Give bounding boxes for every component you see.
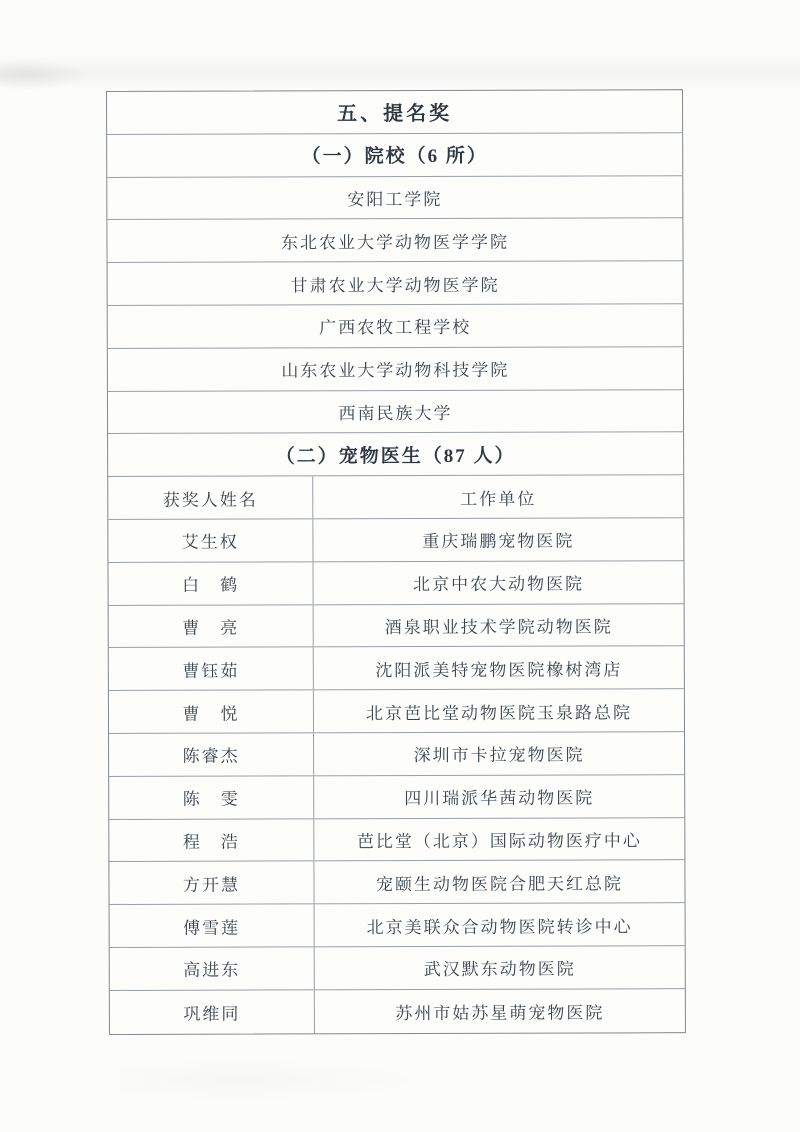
winner-name-cell: 陈 雯 (109, 776, 314, 818)
page-title: 五、提名奖 (107, 90, 682, 135)
table-row: 程 浩 芭比堂（北京）国际动物医疗中心 (109, 818, 684, 863)
table-row: 白 鹤 北京中农大动物医院 (108, 561, 683, 606)
work-unit-cell: 深圳市卡拉宠物医院 (314, 732, 684, 775)
table-row: 方开慧 宠颐生动物医院合肥天红总院 (109, 861, 684, 906)
work-unit-cell: 北京中农大动物医院 (313, 561, 683, 604)
work-unit-cell: 四川瑞派华茜动物医院 (314, 775, 684, 818)
institution-row: 山东农业大学动物科技学院 (108, 347, 683, 392)
winner-name-cell: 艾生权 (108, 519, 313, 561)
table-row: 陈睿杰 深圳市卡拉宠物医院 (109, 732, 684, 777)
award-table: 五、提名奖 （一）院校（6 所） 安阳工学院 东北农业大学动物医学学院 甘肃农业… (106, 89, 686, 1034)
table-row: 傅雪莲 北京美联众合动物医院转诊中心 (110, 903, 685, 948)
scan-artifact-smudge (0, 60, 90, 90)
table-row: 曹 亮 酒泉职业技术学院动物医院 (109, 604, 684, 649)
scan-artifact-smudge (120, 1060, 420, 1100)
work-unit-cell: 武汉默东动物医院 (315, 946, 685, 989)
institution-row: 西南民族大学 (108, 390, 683, 435)
winner-name-cell: 傅雪莲 (110, 904, 315, 946)
scan-artifact-band (0, 54, 800, 90)
table-row: 陈 雯 四川瑞派华茜动物医院 (109, 775, 684, 820)
table-row: 曹 悦 北京芭比堂动物医院玉泉路总院 (109, 689, 684, 734)
work-unit-cell: 北京芭比堂动物医院玉泉路总院 (314, 689, 684, 732)
winner-name-cell: 巩维同 (110, 990, 315, 1033)
institution-row: 东北农业大学动物医学学院 (107, 219, 682, 264)
work-unit-cell: 宠颐生动物医院合肥天红总院 (314, 861, 684, 904)
work-unit-cell: 苏州市姑苏星萌宠物医院 (315, 989, 685, 1033)
column-header-winner-name: 获奖人姓名 (108, 477, 313, 519)
table-row: 艾生权 重庆瑞鹏宠物医院 (108, 518, 683, 563)
table-row: 巩维同 苏州市姑苏星萌宠物医院 (110, 989, 685, 1034)
section-heading-pet-doctors: （二）宠物医生（87 人） (108, 433, 683, 478)
work-unit-cell: 芭比堂（北京）国际动物医疗中心 (314, 818, 684, 861)
work-unit-cell: 沈阳派美特宠物医院橡树湾店 (314, 647, 684, 690)
winner-name-cell: 白 鹤 (108, 562, 313, 604)
winner-name-cell: 曹钰茹 (109, 648, 314, 690)
winner-name-cell: 曹 悦 (109, 691, 314, 733)
institution-row: 安阳工学院 (107, 176, 682, 221)
work-unit-cell: 北京美联众合动物医院转诊中心 (315, 903, 685, 946)
institution-row: 甘肃农业大学动物医学院 (108, 261, 683, 306)
table-row: 高进东 武汉默东动物医院 (110, 946, 685, 991)
winner-name-cell: 曹 亮 (109, 605, 314, 647)
winner-name-cell: 程 浩 (109, 819, 314, 861)
work-unit-cell: 酒泉职业技术学院动物医院 (314, 604, 684, 647)
winner-name-cell: 陈睿杰 (109, 733, 314, 775)
table-row: 曹钰茹 沈阳派美特宠物医院橡树湾店 (109, 647, 684, 692)
column-header-work-unit: 工作单位 (313, 475, 683, 518)
table-header-row: 获奖人姓名 工作单位 (108, 475, 683, 520)
institution-row: 广西农牧工程学校 (108, 304, 683, 349)
section-heading-institutions: （一）院校（6 所） (107, 133, 682, 178)
winner-name-cell: 高进东 (110, 947, 315, 989)
work-unit-cell: 重庆瑞鹏宠物医院 (313, 518, 683, 561)
winner-name-cell: 方开慧 (109, 862, 314, 904)
